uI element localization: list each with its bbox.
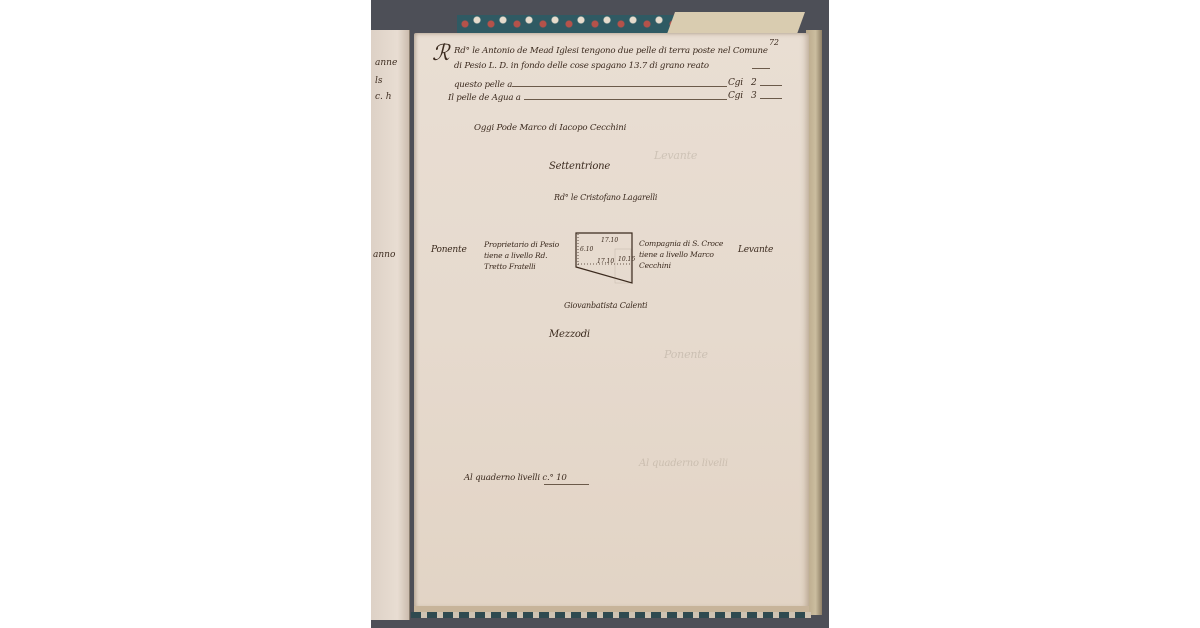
folio-number: 72 [769, 38, 779, 47]
measurement-top: 17.10 [601, 237, 618, 244]
bleed-through-text: Levante [654, 149, 697, 162]
owner-line: Oggi Pode Marco di Iacopo Cecchini [474, 123, 626, 133]
header-line-1: Rd° le Antonio de Mead Iglesi tengono du… [454, 46, 768, 56]
north-label: Settentrione [549, 161, 610, 172]
manuscript-scan: anne ls c. h anno 72 ℛ Rd° le Antonio de… [371, 0, 829, 628]
manuscript-page: 72 ℛ Rd° le Antonio de Mead Iglesi tengo… [414, 33, 809, 609]
measurement-left: 6.10 [580, 246, 593, 253]
north-neighbor: Rd° le Cristofano Lagarelli [554, 193, 657, 202]
left-facing-page: anne ls c. h anno [371, 30, 410, 620]
bleed-through-text: Al quaderno livelli [639, 458, 728, 469]
ledger-rule [512, 86, 727, 87]
west-neighbor-line: Proprietario di Pesio [484, 240, 559, 249]
left-page-fragment: c. h [375, 92, 392, 102]
header-line-3: questo pelle a [454, 80, 512, 90]
east-label: Levante [738, 245, 773, 255]
measurement-right: 10.16 [618, 256, 635, 263]
header-line-4: Il pelle de Agua a [448, 93, 521, 103]
footer-note: Al quaderno livelli c.° 10 [464, 473, 567, 483]
left-page-fragment: anne [375, 58, 397, 68]
east-neighbor-line: Cecchini [639, 261, 671, 270]
west-label: Ponente [431, 245, 467, 255]
left-page-fragment: ls [375, 76, 383, 86]
amount-mark: Cgi [728, 91, 743, 101]
left-page-fragment: anno [373, 250, 395, 260]
amount-rule [760, 85, 782, 86]
amount-value: 2 [751, 78, 757, 88]
footer-rule [544, 484, 589, 485]
decorative-binding-paper [457, 15, 687, 33]
amount-rule [760, 98, 782, 99]
measurement-inner: 17.10 [597, 258, 614, 265]
amount-value: 3 [751, 91, 757, 101]
binding-bottom-strip [411, 612, 811, 618]
initial-flourish: ℛ [432, 43, 449, 65]
south-neighbor: Giovanbatista Calenti [564, 301, 647, 310]
west-neighbor-line: tiene a livello Rd. [484, 251, 547, 260]
ledger-rule [524, 99, 727, 100]
vellum-cover-flap [667, 12, 805, 34]
bleed-through-text: Ponente [664, 348, 708, 361]
east-neighbor-line: Compagnia di S. Croce [639, 239, 723, 248]
header-line-2: di Pesio L. D. in fondo delle cose spaga… [454, 61, 709, 71]
amount-mark: Cgi [728, 78, 743, 88]
east-neighbor-line: tiene a livello Marco [639, 250, 714, 259]
south-label: Mezzodi [549, 329, 590, 340]
west-neighbor-line: Tretto Fratelli [484, 262, 536, 271]
header-rule [752, 68, 770, 69]
